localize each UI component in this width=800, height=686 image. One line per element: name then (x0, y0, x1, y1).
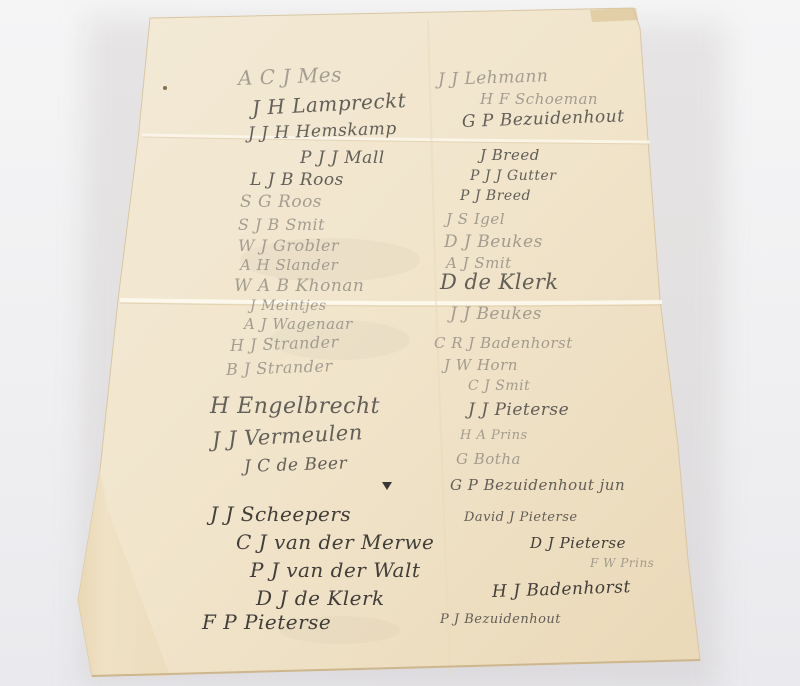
signature-right-8: D J Beukes (444, 232, 543, 252)
signature-right-21: F W Prins (590, 556, 654, 570)
signature-right-5: P J J Gutter (470, 168, 556, 184)
signature-left-9: A H Slander (240, 256, 338, 274)
signature-left-17: J C de Beer (244, 453, 348, 477)
signature-right-10: D de Klerk (440, 270, 559, 294)
signature-right-20: D J Pieterse (530, 534, 626, 552)
signature-left-4: P J J Mall (300, 148, 385, 168)
signature-left-15: H Engelbrecht (210, 394, 380, 419)
signature-left-11: J Meintjes (250, 298, 327, 314)
signature-left-21: D J de Klerk (256, 586, 385, 610)
signature-left-19: C J van der Merwe (236, 530, 434, 554)
aged-paper-sheet: A C J Mes J H Lampreckt J J H Hemskamp P… (0, 0, 800, 686)
signature-right-17: G Botha (456, 450, 521, 468)
signature-right-1: J J Lehmann (438, 66, 549, 90)
signature-left-13: H J Strander (230, 332, 339, 355)
signature-left-18: J J Scheepers (210, 502, 351, 526)
photo-scene: A C J Mes J H Lampreckt J J H Hemskamp P… (0, 0, 800, 686)
signature-right-15: J J Pieterse (468, 400, 569, 420)
signature-right-19: David J Pieterse (464, 510, 578, 525)
signature-left-12: A J Wagenaar (244, 315, 353, 333)
signature-right-11: J J Beukes (450, 304, 542, 324)
signature-right-16: H A Prins (460, 428, 528, 443)
signature-left-1: A C J Mes (238, 62, 343, 90)
signature-left-14: B J Strander (226, 356, 333, 379)
signature-right-14: C J Smit (468, 378, 530, 394)
signature-left-5: L J B Roos (250, 170, 344, 190)
signature-right-23: P J Bezuidenhout (440, 612, 561, 627)
signature-left-7: S J B Smit (238, 215, 325, 234)
signature-left-6: S G Roos (240, 192, 322, 212)
signature-left-20: P J van der Walt (250, 558, 420, 582)
signature-right-7: J S Igel (446, 210, 505, 228)
signature-left-22: F P Pieterse (202, 610, 331, 634)
signature-left-10: W A B Khonan (234, 276, 364, 296)
signature-right-6: P J Breed (460, 188, 531, 204)
signature-right-12: C R J Badenhorst (434, 334, 573, 352)
signature-right-13: J W Horn (444, 356, 518, 374)
signature-right-2: H F Schoeman (480, 90, 598, 108)
signature-left-8: W J Grobler (238, 236, 339, 255)
signature-right-4: J Breed (480, 146, 540, 164)
signature-right-18: G P Bezuidenhout jun (450, 476, 625, 494)
